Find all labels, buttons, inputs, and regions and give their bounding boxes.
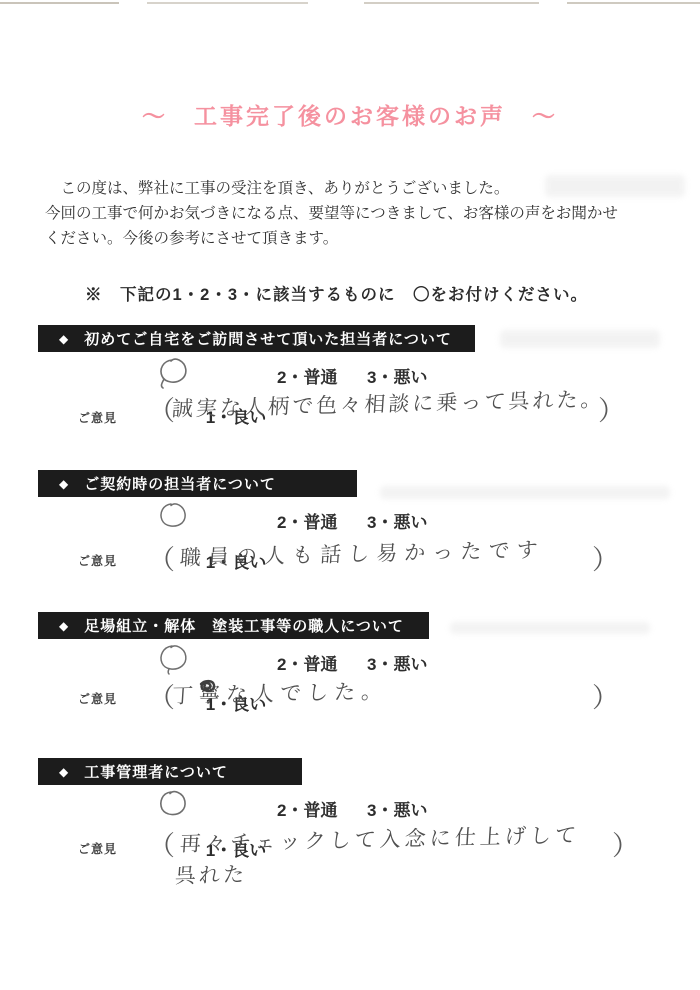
intro-line: 今回の工事で何かお気づきになる点、要望等につきまして、お客様の声をお聞かせ <box>45 201 660 226</box>
page-title: ～ 工事完了後のお客様のお声 ～ <box>0 98 700 131</box>
section-heading: 初めてご自宅をご訪問させて頂いた担当者について <box>84 328 452 349</box>
rating-option-normal: 2・普通 <box>277 796 337 821</box>
rating-option-bad: 3・悪い <box>367 363 427 388</box>
diamond-icon: ◆ <box>59 620 68 632</box>
scanned-feedback-form: ～ 工事完了後のお客様のお声 ～ この度は、弊社に工事の受注を頂き、ありがとうご… <box>0 0 700 990</box>
section-contract-rep: ◆ ご契約時の担当者について 1・良い 2・普通 3・悪い ご意見 （ 職員の人… <box>0 470 700 610</box>
rating-row: 1・良い 2・普通 3・悪い <box>0 650 700 676</box>
section-scaffold-painters: ◆ 足場組立・解体 塗装工事等の職人について 1・良い 2・普通 3・悪い ご意… <box>0 612 700 752</box>
opinion-label: ご意見 <box>78 690 117 707</box>
opinion-label: ご意見 <box>78 409 117 426</box>
section-heading-bar: ◆ 足場組立・解体 塗装工事等の職人について <box>38 612 429 639</box>
diamond-icon: ◆ <box>59 333 68 345</box>
paren-open: （ <box>148 538 175 577</box>
diamond-icon: ◆ <box>59 766 68 778</box>
intro-line: この度は、弊社に工事の受注を頂き、ありがとうございました。 <box>45 176 660 201</box>
section-heading-bar: ◆ ご契約時の担当者について <box>38 470 357 497</box>
rating-option-normal: 2・普通 <box>277 650 337 675</box>
ink-scribble <box>197 678 219 702</box>
section-heading: 足場組立・解体 塗装工事等の職人について <box>84 615 404 636</box>
intro-line: ください。今後の参考にさせて頂きます。 <box>45 226 660 251</box>
rating-row: 1・良い 2・普通 3・悪い <box>0 796 700 822</box>
section-first-visit-rep: ◆ 初めてご自宅をご訪問させて頂いた担当者について 1・良い 2・普通 3・悪い… <box>0 325 700 465</box>
opinion-label: ご意見 <box>78 840 117 857</box>
section-heading: 工事管理者について <box>84 761 228 782</box>
handwritten-circle-icon <box>157 501 199 539</box>
instruction-line: ※ 下記の1・2・3・に該当するものに 〇をお付けください。 <box>85 281 588 305</box>
paren-close: ） <box>612 824 639 863</box>
diamond-icon: ◆ <box>59 478 68 490</box>
rating-row: 1・良い 2・普通 3・悪い <box>0 508 700 534</box>
scan-edge-line <box>0 2 700 4</box>
opinion-label: ご意見 <box>78 552 117 569</box>
section-heading-bar: ◆ 初めてご自宅をご訪問させて頂いた担当者について <box>38 325 475 352</box>
rating-option-bad: 3・悪い <box>367 796 427 821</box>
section-heading: ご契約時の担当者について <box>84 473 276 494</box>
intro-paragraph: この度は、弊社に工事の受注を頂き、ありがとうございました。 今回の工事で何かお気… <box>45 176 660 251</box>
paren-open: （ <box>148 824 175 863</box>
paren-close: ） <box>592 538 619 577</box>
handwritten-comment-line2: 呉れた <box>174 858 248 890</box>
rating-option-bad: 3・悪い <box>367 508 427 533</box>
handwritten-circle-icon <box>157 789 199 827</box>
section-site-manager: ◆ 工事管理者について 1・良い 2・普通 3・悪い ご意見 （ 再々チェックし… <box>0 758 700 908</box>
paren-close: ） <box>592 676 619 715</box>
paren-close: ） <box>598 389 625 428</box>
rating-option-normal: 2・普通 <box>277 363 337 388</box>
rating-option-normal: 2・普通 <box>277 508 337 533</box>
rating-option-bad: 3・悪い <box>367 650 427 675</box>
section-heading-bar: ◆ 工事管理者について <box>38 758 302 785</box>
